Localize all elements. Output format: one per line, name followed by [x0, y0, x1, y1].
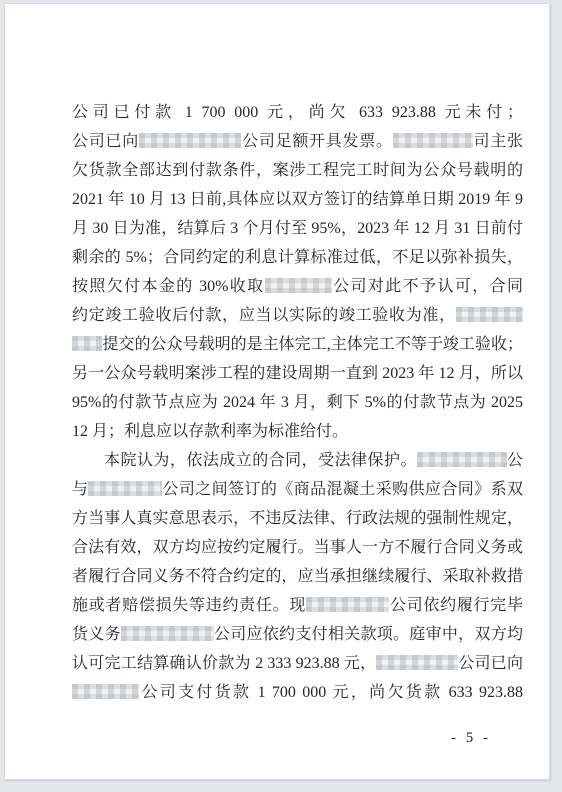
document-line: 本院认为，依法成立的合同，受法律保护。公司 — [72, 446, 523, 475]
document-line: 另一公众号载明案涉工程的建设周期一直到 2023 年 12 月，所以 — [72, 359, 523, 388]
document-line: 欠货款全部达到付款条件，案涉工程完工时间为公众号载明的 — [72, 156, 523, 185]
line-text: 本院认为，依法成立的合同，受法律保护。 — [104, 452, 417, 469]
line-text: 12 月；利息应以存款利率为标准给付。 — [72, 423, 348, 440]
redacted-text — [139, 133, 241, 148]
line-text: 公司对此不予认可，合同 — [332, 278, 523, 295]
document-line: 方当事人真实意思表示，不违反法律、行政法规的强制性规定， — [72, 504, 523, 533]
document-line: 约定竣工验收后付款，应当以实际的竣工验收为准， — [72, 301, 523, 330]
line-text: 公司应依约支付相关款项。庭审中，双方均 — [214, 626, 523, 643]
document-line: 剩余的 5%；合同约定的利息计算标准过低，不足以弥补损失，应 — [72, 243, 523, 272]
document-line: 与公司之间签订的《商品混凝土采购供应合同》系双 — [72, 475, 523, 504]
line-text: 剩余的 5%；合同约定的利息计算标准过低，不足以弥补损失，应 — [72, 249, 523, 272]
document-line: 95%的付款节点应为 2024 年 3 月，剩下 5%的付款节点为 2025 年 — [72, 388, 523, 417]
line-text: 认可完工结算确认价款为 2 333 923.88 元， — [72, 655, 376, 672]
scanned-document-frame: 公司已付款 1 700 000 元，尚欠 633 923.88 元未付；公司已向… — [0, 0, 562, 792]
line-text: 另一公众号载明案涉工程的建设周期一直到 2023 年 12 月，所以 — [72, 365, 523, 382]
line-text: 欠货款全部达到付款条件，案涉工程完工时间为公众号载明的 — [72, 162, 523, 179]
document-line: 公司已付款 1 700 000 元，尚欠 633 923.88 元未付； — [72, 98, 523, 127]
document-line: 按照欠付本金的 30%收取公司对此不予认可，合同 — [72, 272, 523, 301]
line-text: 方当事人真实意思表示，不违反法律、行政法规的强制性规定， — [72, 510, 523, 527]
line-text: 公司已向 — [458, 655, 523, 672]
line-text: 公司已付款 1 700 000 元，尚欠 633 923.88 元未付； — [72, 104, 523, 121]
page-number: - 5 - — [451, 730, 491, 747]
line-text: 按照欠付本金的 30%收取 — [72, 278, 265, 295]
line-text: 公司足额开具发票。 — [241, 133, 392, 150]
line-text: 约定竣工验收后付款，应当以实际的竣工验收为准， — [72, 307, 456, 324]
document-line: 提交的公众号载明的是主体完工,主体完工不等于竣工验收； — [72, 330, 523, 359]
document-line: 月 30 日为准，结算后 3 个月付至 95%，2023 年 12 月 31 日… — [72, 214, 523, 243]
line-text: 公司之间签订的《商品混凝土采购供应合同》系双 — [162, 481, 523, 498]
line-text: 合法有效，双方均应按约定履行。当事人一方不履行合同义务或 — [72, 539, 523, 556]
redacted-text — [393, 133, 473, 148]
line-text: 95%的付款节点应为 2024 年 3 月，剩下 5%的付款节点为 2025 年 — [72, 394, 523, 417]
line-text: 与 — [72, 481, 88, 498]
line-text: 者履行合同义务不符合约定的，应当承担继续履行、采取补救措 — [72, 568, 523, 585]
line-text: 月 30 日为准，结算后 3 个月付至 95%，2023 年 12 月 31 日… — [72, 220, 523, 243]
document-page: 公司已付款 1 700 000 元，尚欠 633 923.88 元未付；公司已向… — [4, 3, 550, 780]
document-line: 货义务公司应依约支付相关款项。庭审中，双方均 — [72, 620, 523, 649]
redacted-text — [265, 278, 332, 293]
document-line: 合法有效，双方均应按约定履行。当事人一方不履行合同义务或 — [72, 533, 523, 562]
redacted-text — [72, 336, 102, 351]
document-line: 公司支付货款 1 700 000 元，尚欠货款 633 923.88 — [72, 678, 523, 707]
redacted-text — [417, 452, 507, 467]
line-text: 2021 年 10 月 13 日前,具体应以双方签订的结算单日期 2019 年 … — [72, 191, 523, 208]
redacted-text — [72, 684, 139, 699]
line-text: 公司支付货款 1 700 000 元，尚欠货款 633 923.88 — [139, 684, 523, 701]
document-line: 施或者赔偿损失等违约责任。现公司依约履行完毕供 — [72, 591, 523, 620]
redacted-text — [376, 655, 458, 670]
redacted-text — [456, 307, 523, 322]
line-text: 施或者赔偿损失等违约责任。现 — [72, 597, 306, 614]
document-line: 公司已向公司足额开具发票。司主张尚 — [72, 127, 523, 156]
document-line: 者履行合同义务不符合约定的，应当承担继续履行、采取补救措 — [72, 562, 523, 591]
document-body: 公司已付款 1 700 000 元，尚欠 633 923.88 元未付；公司已向… — [72, 98, 523, 707]
line-text: 公司已向 — [72, 133, 139, 150]
line-text: 货义务 — [72, 626, 121, 643]
redacted-text — [121, 626, 214, 641]
document-line: 2021 年 10 月 13 日前,具体应以双方签订的结算单日期 2019 年 … — [72, 185, 523, 214]
redacted-text — [306, 597, 389, 612]
document-line: 12 月；利息应以存款利率为标准给付。 — [72, 417, 523, 446]
document-line: 认可完工结算确认价款为 2 333 923.88 元，公司已向 — [72, 649, 523, 678]
line-text: 提交的公众号载明的是主体完工,主体完工不等于竣工验收； — [102, 336, 523, 353]
redacted-text — [88, 481, 162, 496]
